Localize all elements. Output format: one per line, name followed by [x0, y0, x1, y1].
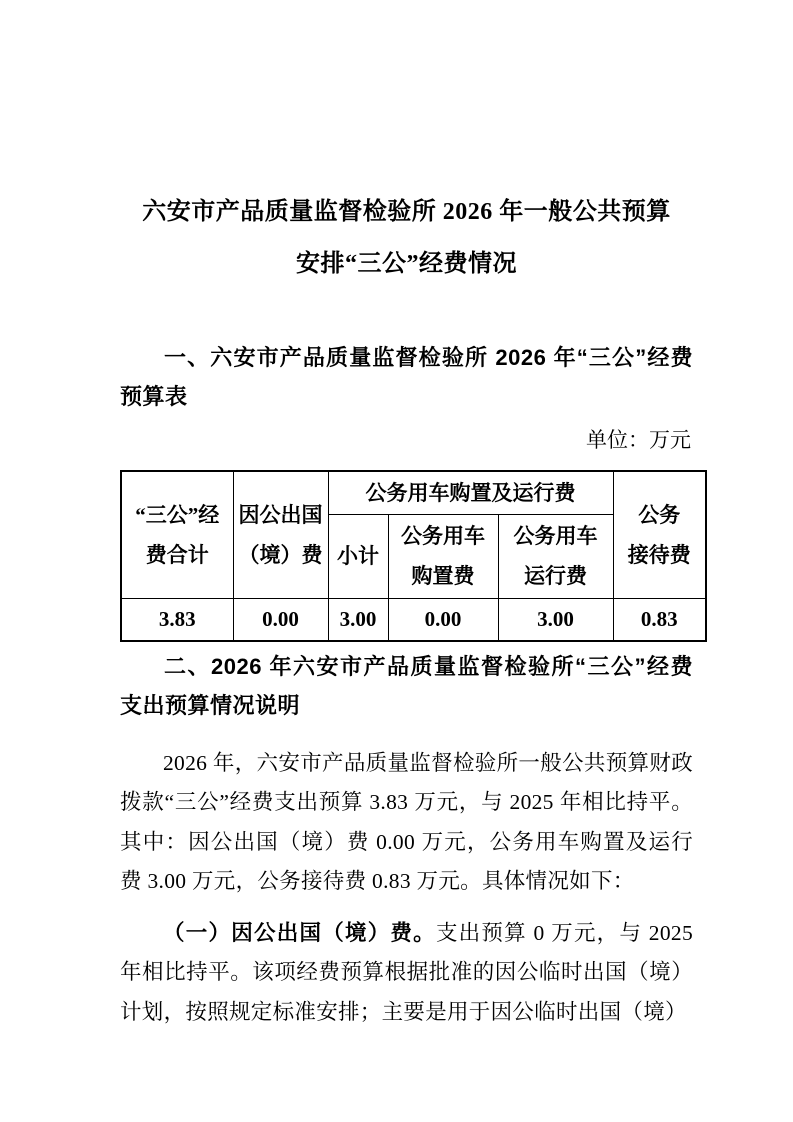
value-vehicle-subtotal: 3.00	[328, 598, 388, 641]
value-abroad-fee: 0.00	[233, 598, 328, 641]
header-vehicle-group: 公务用车购置及运行费	[328, 471, 613, 514]
paragraph-abroad-lead: （一）因公出国（境）费。	[163, 921, 436, 945]
value-vehicle-purchase: 0.00	[388, 598, 498, 641]
unit-note: 单位：万元	[120, 421, 707, 460]
header-reception-fee: 公务 接待费	[613, 471, 706, 598]
header-vehicle-subtotal: 小计	[328, 514, 388, 598]
value-reception-fee: 0.83	[613, 598, 706, 641]
header-vehicle-operation: 公务用车 运行费	[498, 514, 613, 598]
section2-heading: 二、2026 年六安市产品质量监督检验所“三公”经费支出预算情况说明	[120, 647, 693, 725]
budget-table-area: 单位：万元 “三公”经 费合计 因公出国 （境）费 公务用车购置及运行费 公务 …	[120, 421, 707, 642]
value-three-public-total: 3.83	[121, 598, 233, 641]
document-title-line1: 六安市产品质量监督检验所 2026 年一般公共预算	[120, 186, 693, 238]
value-vehicle-operation: 3.00	[498, 598, 613, 641]
paragraph-abroad-detail: （一）因公出国（境）费。支出预算 0 万元，与 2025 年相比持平。该项经费预…	[120, 914, 693, 1033]
table-header-row-1: “三公”经 费合计 因公出国 （境）费 公务用车购置及运行费 公务 接待费	[121, 471, 706, 514]
document-title-line2: 安排“三公”经费情况	[120, 238, 693, 290]
paragraph-overview: 2026 年，六安市产品质量监督检验所一般公共预算财政拨款“三公”经费支出预算 …	[120, 744, 693, 902]
document-title: 六安市产品质量监督检验所 2026 年一般公共预算 安排“三公”经费情况	[120, 186, 693, 290]
header-abroad-fee: 因公出国 （境）费	[233, 471, 328, 598]
header-three-public-total: “三公”经 费合计	[121, 471, 233, 598]
header-vehicle-purchase: 公务用车 购置费	[388, 514, 498, 598]
table-row: 3.83 0.00 3.00 0.00 3.00 0.83	[121, 598, 706, 641]
budget-table: “三公”经 费合计 因公出国 （境）费 公务用车购置及运行费 公务 接待费 小计…	[120, 470, 707, 642]
section1-heading: 一、六安市产品质量监督检验所 2026 年“三公”经费预算表	[120, 338, 693, 416]
document-page: 六安市产品质量监督检验所 2026 年一般公共预算 安排“三公”经费情况 一、六…	[0, 0, 793, 1122]
